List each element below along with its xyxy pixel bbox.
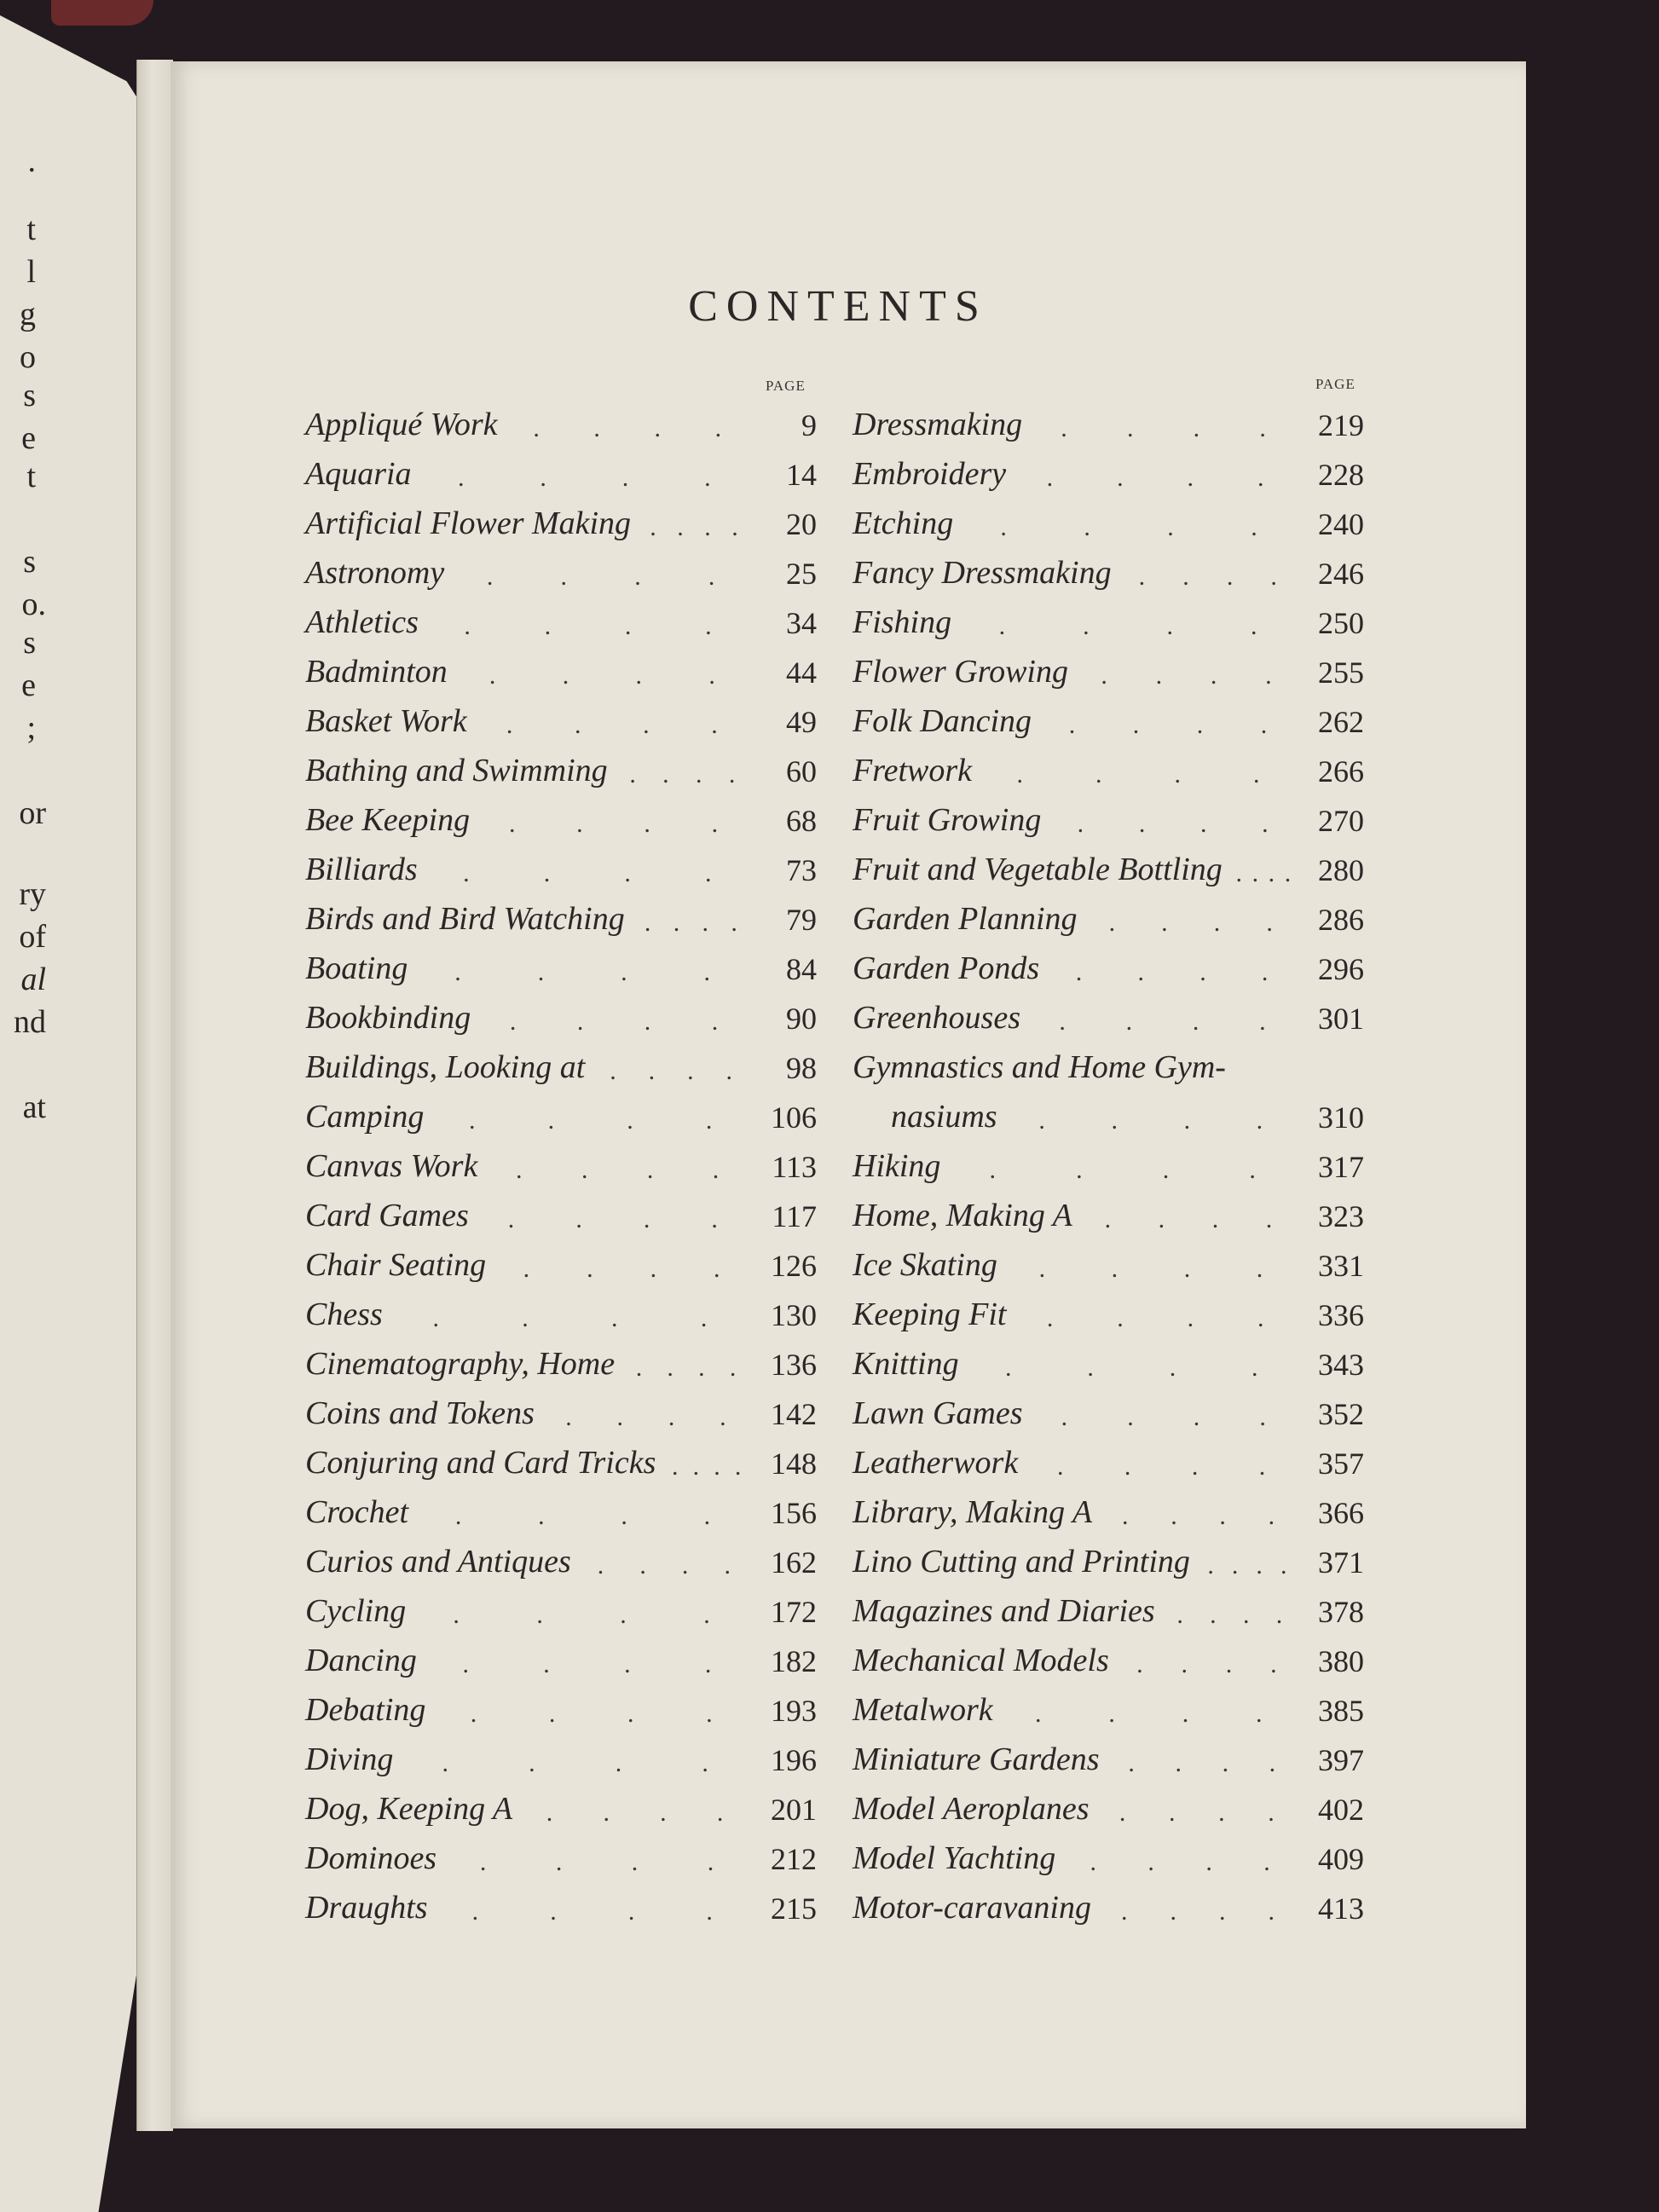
contents-entry: Draughts....215	[305, 1877, 817, 1926]
leader-dots: ....	[1092, 1497, 1304, 1531]
entry-title: Flower Growing	[853, 653, 1068, 690]
contents-entry: Bookbinding....90	[305, 987, 817, 1037]
entry-title: Etching	[853, 505, 953, 542]
previous-page-text-fragment: e	[21, 669, 36, 702]
contents-entry: Ice Skating....331	[853, 1234, 1364, 1284]
previous-page-text-fragment: .	[28, 145, 37, 177]
entry-page-number: 352	[1304, 1396, 1364, 1432]
leader-dots: ....	[512, 1793, 757, 1828]
entry-page-number: 201	[757, 1792, 817, 1828]
leader-dots: ....	[535, 1398, 757, 1432]
previous-page-text-fragment: e	[21, 422, 36, 454]
entry-title: Gymnastics and Home Gym-	[853, 1048, 1226, 1086]
entry-page-number: 49	[757, 704, 817, 740]
entry-page-number: 90	[757, 1001, 817, 1037]
entry-title: Card Games	[305, 1197, 469, 1234]
entry-page-number: 60	[757, 754, 817, 789]
contents-left-column: Appliqué Work....9Aquaria....14Artificia…	[305, 394, 817, 1926]
previous-page-text-fragment: ;	[26, 712, 36, 744]
contents-entry: Metalwork....385	[853, 1679, 1364, 1729]
leader-dots: ....	[444, 557, 757, 592]
contents-entry: Greenhouses....301	[853, 987, 1364, 1037]
contents-entry: Buildings, Looking at....98	[305, 1037, 817, 1086]
entry-page-number: 148	[757, 1446, 817, 1481]
leader-dots: ....	[625, 904, 757, 938]
entry-title: Bee Keeping	[305, 801, 470, 839]
leader-dots: ....	[940, 1151, 1304, 1185]
contents-entry: Boating....84	[305, 938, 817, 987]
contents-entry: Athletics....34	[305, 592, 817, 641]
entry-page-number: 240	[1304, 506, 1364, 542]
contents-entry: Miniature Gardens....397	[853, 1729, 1364, 1778]
leader-dots: ....	[656, 1447, 757, 1481]
contents-entry: Appliqué Work....9	[305, 394, 817, 443]
entry-page-number: 266	[1304, 754, 1364, 789]
contents-entry: Fancy Dressmaking....246	[853, 542, 1364, 592]
contents-entry: Billiards....73	[305, 839, 817, 888]
contents-entry: Dog, Keeping A....201	[305, 1778, 817, 1828]
leader-dots: ....	[997, 1101, 1304, 1135]
entry-title: Leatherwork	[853, 1444, 1018, 1481]
leader-dots: ....	[418, 854, 757, 888]
entry-title: Garden Ponds	[853, 950, 1039, 987]
contents-entry: Flower Growing....255	[853, 641, 1364, 690]
contents-right-column: Dressmaking....219Embroidery....228Etchi…	[853, 394, 1364, 1926]
entry-page-number: 336	[1304, 1297, 1364, 1333]
leader-dots: ....	[615, 1349, 757, 1383]
previous-page-text-fragment: al	[20, 963, 46, 996]
contents-entry: Etching....240	[853, 493, 1364, 542]
leader-dots: ....	[1041, 805, 1304, 839]
leader-dots: ....	[1190, 1546, 1304, 1580]
contents-entry: Badminton....44	[305, 641, 817, 690]
contents-entry: Home, Making A....323	[853, 1185, 1364, 1234]
entry-page-number: 106	[757, 1100, 817, 1135]
leader-dots: ....	[997, 1250, 1304, 1284]
entry-title: Bathing and Swimming	[305, 752, 608, 789]
leader-dots: ....	[1006, 459, 1304, 493]
leader-dots: ....	[425, 1695, 757, 1729]
entry-page-number: 371	[1304, 1545, 1364, 1580]
leader-dots: ....	[498, 409, 757, 443]
previous-page-text-fragment: s	[23, 546, 36, 578]
leader-dots: ....	[631, 508, 757, 542]
entry-title: Dancing	[305, 1642, 417, 1679]
leader-dots: ....	[436, 1843, 757, 1877]
entry-page-number: 409	[1304, 1841, 1364, 1877]
entry-title: Canvas Work	[305, 1147, 477, 1185]
leader-dots: ....	[1100, 1744, 1304, 1778]
leader-dots: ....	[428, 1892, 757, 1926]
leader-dots: ....	[1078, 904, 1304, 938]
entry-title: Motor-caravaning	[853, 1889, 1091, 1926]
leader-dots: ....	[1006, 1299, 1304, 1333]
contents-entry: Keeping Fit....336	[853, 1284, 1364, 1333]
contents-entry: Bathing and Swimming....60	[305, 740, 817, 789]
contents-entry: Garden Planning....286	[853, 888, 1364, 938]
entry-page-number: 142	[757, 1396, 817, 1432]
entry-page-number: 380	[1304, 1643, 1364, 1679]
contents-entry: Model Aeroplanes....402	[853, 1778, 1364, 1828]
entry-title: Dressmaking	[853, 406, 1022, 443]
contents-entry: Model Yachting....409	[853, 1828, 1364, 1877]
entry-title: Athletics	[305, 604, 419, 641]
contents-entry: Dancing....182	[305, 1630, 817, 1679]
previous-page-text-fragment: o	[20, 341, 36, 373]
entry-title: Metalwork	[853, 1691, 993, 1729]
entry-page-number: 378	[1304, 1594, 1364, 1630]
contents-entry: Fruit and Vegetable Bottling....280	[853, 839, 1364, 888]
previous-page-text-fragment: s	[23, 379, 36, 412]
entry-page-number: 34	[757, 605, 817, 641]
contents-entry: Coins and Tokens....142	[305, 1383, 817, 1432]
entry-title: Cycling	[305, 1592, 406, 1630]
contents-entry: Card Games....117	[305, 1185, 817, 1234]
leader-dots: ....	[448, 656, 757, 690]
contents-entry: Cycling....172	[305, 1580, 817, 1630]
entry-page-number: 323	[1304, 1198, 1364, 1234]
contents-entry: Camping....106	[305, 1086, 817, 1135]
leader-dots: ....	[406, 1596, 757, 1630]
leader-dots: ....	[951, 607, 1304, 641]
contents-entry: Garden Ponds....296	[853, 938, 1364, 987]
entry-page-number: 402	[1304, 1792, 1364, 1828]
entry-page-number: 310	[1304, 1100, 1364, 1135]
entry-page-number: 296	[1304, 951, 1364, 987]
entry-title: Appliqué Work	[305, 406, 498, 443]
leader-dots: ....	[1039, 953, 1304, 987]
entry-page-number: 20	[757, 506, 817, 542]
entry-page-number: 317	[1304, 1149, 1364, 1185]
entry-title: Bookbinding	[305, 999, 471, 1037]
entry-page-number: 126	[757, 1248, 817, 1284]
entry-title: Lawn Games	[853, 1395, 1023, 1432]
leader-dots: ....	[469, 1200, 757, 1234]
leader-dots: ....	[1068, 656, 1304, 690]
contents-entry: Knitting....343	[853, 1333, 1364, 1383]
entry-page-number: 343	[1304, 1347, 1364, 1383]
contents-entry: Cinematography, Home....136	[305, 1333, 817, 1383]
leader-dots: ....	[424, 1101, 757, 1135]
entry-title: Fruit and Vegetable Bottling	[853, 851, 1223, 888]
entry-title: nasiums	[891, 1098, 997, 1135]
entry-page-number: 25	[757, 556, 817, 592]
entry-page-number: 14	[757, 457, 817, 493]
contents-entry: Astronomy....25	[305, 542, 817, 592]
contents-entry: Gymnastics and Home Gym-	[853, 1037, 1364, 1086]
entry-title: Chair Seating	[305, 1246, 486, 1284]
entry-title: Fishing	[853, 604, 951, 641]
entry-page-number: 255	[1304, 655, 1364, 690]
contents-entry: Chair Seating....126	[305, 1234, 817, 1284]
entry-page-number: 212	[757, 1841, 817, 1877]
entry-title: Boating	[305, 950, 408, 987]
entry-page-number: 228	[1304, 457, 1364, 493]
entry-page-number: 68	[757, 803, 817, 839]
leader-dots: ....	[585, 1052, 757, 1086]
entry-page-number: 44	[757, 655, 817, 690]
leader-dots: ....	[1055, 1843, 1304, 1877]
leader-dots: ....	[1072, 1200, 1304, 1234]
entry-title: Cinematography, Home	[305, 1345, 615, 1383]
leader-dots: ....	[1090, 1793, 1304, 1828]
leader-dots: ....	[408, 1497, 757, 1531]
contents-entry: Embroidery....228	[853, 443, 1364, 493]
contents-entry: Fishing....250	[853, 592, 1364, 641]
leader-dots: ....	[1091, 1892, 1304, 1926]
entry-title: Home, Making A	[853, 1197, 1072, 1234]
page-title: CONTENTS	[0, 281, 1659, 332]
entry-title: Folk Dancing	[853, 702, 1032, 740]
entry-page-number: 366	[1304, 1495, 1364, 1531]
contents-entry: Dressmaking....219	[853, 394, 1364, 443]
entry-title: Chess	[305, 1296, 383, 1333]
contents-entry: Lino Cutting and Printing....371	[853, 1531, 1364, 1580]
entry-title: Lino Cutting and Printing	[853, 1543, 1190, 1580]
previous-page-text-fragment: o.	[22, 588, 47, 621]
leader-dots: ....	[419, 607, 757, 641]
entry-title: Embroidery	[853, 455, 1006, 493]
entry-title: Diving	[305, 1741, 393, 1778]
contents-entry: Conjuring and Card Tricks....148	[305, 1432, 817, 1481]
entry-title: Ice Skating	[853, 1246, 997, 1284]
entry-title: Coins and Tokens	[305, 1395, 535, 1432]
previous-page-text-fragment: ry	[19, 878, 46, 910]
contents-entry: Artificial Flower Making....20	[305, 493, 817, 542]
contents-entry: Diving....196	[305, 1729, 817, 1778]
contents-entry: Birds and Bird Watching....79	[305, 888, 817, 938]
entry-title: Miniature Gardens	[853, 1741, 1100, 1778]
contents-entry: Fretwork....266	[853, 740, 1364, 789]
contents-entry: Aquaria....14	[305, 443, 817, 493]
contents-entry: Crochet....156	[305, 1481, 817, 1531]
entry-title: Dog, Keeping A	[305, 1790, 512, 1828]
entry-title: Dominoes	[305, 1839, 436, 1877]
leader-dots: ....	[1023, 1398, 1304, 1432]
entry-page-number: 79	[757, 902, 817, 938]
leader-dots: ....	[1109, 1645, 1304, 1679]
book-cover-corner	[51, 0, 153, 26]
previous-page-text-fragment: at	[23, 1091, 46, 1123]
leader-dots: ....	[608, 755, 757, 789]
entry-title: Artificial Flower Making	[305, 505, 631, 542]
entry-title: Mechanical Models	[853, 1642, 1109, 1679]
contents-entry: Fruit Growing....270	[853, 789, 1364, 839]
leader-dots: ....	[412, 459, 757, 493]
leader-dots: ....	[959, 1349, 1304, 1383]
entry-page-number: 286	[1304, 902, 1364, 938]
entry-title: Magazines and Diaries	[853, 1592, 1155, 1630]
entry-page-number: 113	[757, 1149, 817, 1185]
leader-dots: ....	[408, 953, 757, 987]
entry-title: Model Aeroplanes	[853, 1790, 1090, 1828]
entry-page-number: 331	[1304, 1248, 1364, 1284]
entry-page-number: 385	[1304, 1693, 1364, 1729]
entry-page-number: 182	[757, 1643, 817, 1679]
contents-entry: Chess....130	[305, 1284, 817, 1333]
leader-dots: ....	[1112, 557, 1304, 592]
entry-title: Garden Planning	[853, 900, 1078, 938]
contents-entry: Magazines and Diaries....378	[853, 1580, 1364, 1630]
entry-title: Camping	[305, 1098, 424, 1135]
contents-entry: Dominoes....212	[305, 1828, 817, 1877]
entry-page-number: 130	[757, 1297, 817, 1333]
entry-title: Library, Making A	[853, 1493, 1092, 1531]
entry-page-number: 9	[757, 407, 817, 443]
leader-dots: ....	[1020, 1002, 1304, 1037]
entry-title: Buildings, Looking at	[305, 1048, 585, 1086]
contents-entry: Curios and Antiques....162	[305, 1531, 817, 1580]
entry-page-number: 219	[1304, 407, 1364, 443]
previous-page-text-fragment: t	[26, 213, 36, 245]
contents-entry: Motor-caravaning....413	[853, 1877, 1364, 1926]
entry-page-number: 117	[757, 1198, 817, 1234]
leader-dots: ....	[417, 1645, 757, 1679]
entry-page-number: 73	[757, 852, 817, 888]
leader-dots: ....	[477, 1151, 757, 1185]
previous-page-text-fragment: nd	[14, 1006, 46, 1038]
entry-page-number: 162	[757, 1545, 817, 1580]
leader-dots: ....	[953, 508, 1304, 542]
leader-dots: ....	[1022, 409, 1304, 443]
book-gutter	[136, 60, 173, 2131]
entry-title: Debating	[305, 1691, 425, 1729]
entry-page-number: 84	[757, 951, 817, 987]
entry-title: Curios and Antiques	[305, 1543, 571, 1580]
leader-dots: ....	[1155, 1596, 1304, 1630]
leader-dots: ....	[1032, 706, 1304, 740]
entry-title: Crochet	[305, 1493, 408, 1531]
entry-title: Basket Work	[305, 702, 467, 740]
contents-entry: Hiking....317	[853, 1135, 1364, 1185]
entry-page-number: 301	[1304, 1001, 1364, 1037]
entry-page-number: 196	[757, 1742, 817, 1778]
entry-title: Fancy Dressmaking	[853, 554, 1112, 592]
contents-entry: Leatherwork....357	[853, 1432, 1364, 1481]
previous-page-text-fragment: s	[23, 627, 36, 659]
entry-page-number: 397	[1304, 1742, 1364, 1778]
entry-title: Fretwork	[853, 752, 972, 789]
entry-title: Astronomy	[305, 554, 444, 592]
entry-title: Birds and Bird Watching	[305, 900, 625, 938]
leader-dots: ....	[486, 1250, 757, 1284]
contents-entry: Lawn Games....352	[853, 1383, 1364, 1432]
leader-dots: ....	[383, 1299, 757, 1333]
entry-page-number: 357	[1304, 1446, 1364, 1481]
leader-dots: ....	[471, 1002, 757, 1037]
contents-entry: Folk Dancing....262	[853, 690, 1364, 740]
contents-entry: Debating....193	[305, 1679, 817, 1729]
contents-entry: nasiums....310	[853, 1086, 1364, 1135]
previous-page-text-fragment: or	[19, 797, 46, 829]
previous-page-text-fragment: of	[19, 921, 46, 953]
entry-title: Hiking	[853, 1147, 940, 1185]
entry-page-number: 280	[1304, 852, 1364, 888]
entry-title: Keeping Fit	[853, 1296, 1006, 1333]
entry-title: Fruit Growing	[853, 801, 1041, 839]
leader-dots: ....	[1018, 1447, 1304, 1481]
leader-dots: ....	[467, 706, 757, 740]
entry-page-number: 413	[1304, 1891, 1364, 1926]
leader-dots: ....	[993, 1695, 1304, 1729]
previous-page: .tlgosetso.se;orryofalndat	[0, 15, 141, 2212]
contents-entry: Mechanical Models....380	[853, 1630, 1364, 1679]
entry-title: Model Yachting	[853, 1839, 1055, 1877]
left-page-column-header: PAGE	[766, 378, 806, 395]
contents-entry: Basket Work....49	[305, 690, 817, 740]
contents-entry: Library, Making A....366	[853, 1481, 1364, 1531]
leader-dots: ....	[972, 755, 1304, 789]
entry-title: Greenhouses	[853, 999, 1020, 1037]
entry-page-number: 172	[757, 1594, 817, 1630]
entry-page-number: 270	[1304, 803, 1364, 839]
leader-dots: ....	[1223, 854, 1304, 888]
leader-dots: ....	[393, 1744, 757, 1778]
entry-page-number: 215	[757, 1891, 817, 1926]
entry-page-number: 246	[1304, 556, 1364, 592]
leader-dots: ....	[470, 805, 757, 839]
entry-title: Conjuring and Card Tricks	[305, 1444, 656, 1481]
contents-entry: Canvas Work....113	[305, 1135, 817, 1185]
entry-page-number: 98	[757, 1050, 817, 1086]
entry-page-number: 250	[1304, 605, 1364, 641]
entry-page-number: 136	[757, 1347, 817, 1383]
entry-title: Draughts	[305, 1889, 428, 1926]
leader-dots: ....	[571, 1546, 757, 1580]
right-page-column-header: PAGE	[1315, 376, 1356, 393]
entry-title: Knitting	[853, 1345, 959, 1383]
entry-title: Billiards	[305, 851, 418, 888]
entry-title: Aquaria	[305, 455, 412, 493]
contents-entry: Bee Keeping....68	[305, 789, 817, 839]
entry-page-number: 262	[1304, 704, 1364, 740]
entry-page-number: 156	[757, 1495, 817, 1531]
entry-page-number: 193	[757, 1693, 817, 1729]
entry-title: Badminton	[305, 653, 448, 690]
previous-page-text-fragment: t	[26, 460, 36, 493]
